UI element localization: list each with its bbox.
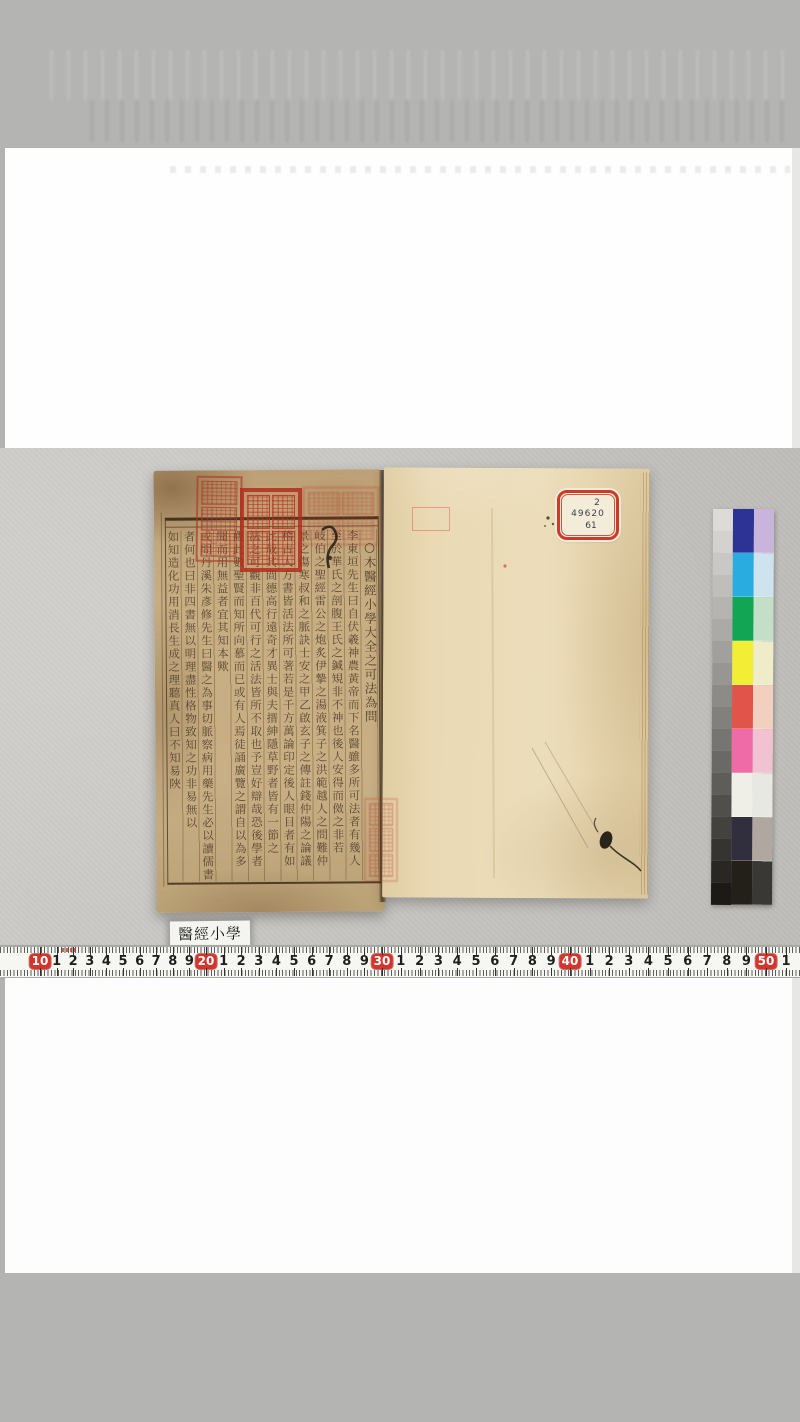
ruler-cm-tick (189, 947, 190, 955)
ruler-cm-tick (532, 968, 533, 976)
color-patch (733, 509, 754, 553)
text-column: 景之傷寒叔和之脈訣士安之甲乙啟玄子之傳註錢仲陽之論議 (295, 530, 314, 881)
text-column: 法之可觀非百代可行之活法皆所不取也予豈好辯哉恐後學者 (247, 530, 266, 881)
call-number-line2: 49620 (562, 509, 614, 520)
color-patch (712, 641, 732, 663)
screenshot-root: ○木醫經小學大全之可法為問李東垣先生曰自伏羲神農黃帝而下名醫雖多所可法者有幾人至… (0, 0, 800, 1422)
ruler-cm-tick (140, 947, 141, 955)
ruler-number-major: 30 (372, 954, 393, 969)
ruler-cm-tick (259, 947, 260, 955)
color-patch (713, 531, 733, 553)
ruler-cm-tick (648, 947, 649, 955)
ruler-number-major: 50 (756, 954, 777, 969)
ruler-cm-tick (495, 947, 496, 955)
text-column: 或問丹溪朱彥修先生曰醫之為事切脈察病用藥先生必以讀儒書 (198, 530, 217, 881)
color-patch (732, 685, 753, 729)
ruler-cm-tick (590, 968, 591, 976)
ruler-cm-tick (156, 947, 157, 955)
measuring-tape: 1012345678920123456789301234567894012345… (0, 945, 800, 977)
color-patch (711, 883, 731, 905)
ruler-cm-tick (259, 968, 260, 976)
ruler-cm-tick (276, 947, 277, 955)
showthrough-text-ghost (50, 50, 790, 100)
color-patches (731, 509, 754, 905)
text-column: 此哉其間德高行遠奇才異士與夫搢紳隱草野者皆有一節之 (263, 530, 282, 881)
color-patch (731, 773, 752, 817)
color-patch (752, 817, 772, 861)
preface-text-columns: ○木醫經小學大全之可法為問李東垣先生曰自伏羲神農黃帝而下名醫雖多所可法者有幾人至… (167, 529, 379, 881)
ruler-cm-tick (746, 968, 747, 976)
ruler-cm-tick (382, 968, 383, 976)
ruler-cm-tick (40, 968, 41, 976)
ruler-cm-tick (312, 968, 313, 976)
grayscale-ramp (711, 509, 733, 905)
red-collection-seal-4 (364, 798, 398, 882)
color-patch (712, 597, 732, 619)
call-number-label: 2 49620 61 (557, 490, 619, 540)
color-patch (732, 597, 753, 641)
text-column: 稽古人方書皆活法所可著若是千方萬論印定後人眼目者有如 (279, 530, 298, 881)
color-patch (711, 795, 731, 817)
color-patch (712, 707, 732, 729)
ruler-cm-tick (73, 968, 74, 976)
ruler-cm-tick (609, 968, 610, 976)
color-patch (711, 839, 731, 861)
ruler-cm-tick (570, 947, 571, 955)
call-number-line3: 61 (562, 521, 614, 532)
ruler-cm-tick (276, 968, 277, 976)
viewer-background-top (0, 0, 800, 148)
ruler-number-major: 10 (30, 954, 51, 969)
ruler-cm-tick (766, 968, 767, 976)
ruler-cm-tick (57, 947, 58, 955)
color-patch (711, 861, 731, 883)
page-stack-edges (639, 473, 650, 895)
page-margin-line (161, 513, 165, 887)
ruler-cm-tick (438, 947, 439, 955)
ruler-cm-tick (688, 947, 689, 955)
viewer-background-bottom (0, 1273, 800, 1422)
ruler-cm-tick (551, 947, 552, 955)
ruler-cm-tick (347, 947, 348, 955)
color-patch (731, 817, 752, 861)
ruler-cm-tick (294, 947, 295, 955)
ruler-cm-tick (364, 947, 365, 955)
text-column: 者何也曰非四書無以明理盡性格物致知之功非易無以 (181, 530, 200, 881)
ruler-cm-tick (173, 968, 174, 976)
color-patch (712, 751, 732, 773)
color-patch (713, 553, 733, 575)
showthrough-text-ghost (90, 100, 790, 142)
text-column: 李東垣先生曰自伏羲神農黃帝而下名醫雖多所可法者有幾人 (344, 529, 363, 880)
ruler-cm-tick (329, 968, 330, 976)
text-column: 觀此數聖賢而知所向慕而已或有人焉徒誦廣覽之謂自以為多 (230, 530, 249, 881)
album-page-top (5, 148, 792, 448)
tint-patches (752, 509, 774, 905)
ruler-cm-tick (457, 947, 458, 955)
color-patch (753, 641, 773, 685)
ruler-cm-tick (73, 947, 74, 955)
ruler-cm-tick (329, 947, 330, 955)
color-patch (753, 597, 773, 641)
ruler-cm-tick (156, 968, 157, 976)
color-patch (733, 553, 754, 597)
ruler-cm-tick (140, 968, 141, 976)
ruler-cm-tick (532, 947, 533, 955)
ruler-cm-tick (123, 968, 124, 976)
text-column: 聞而用無益者宜其知本歟 (214, 530, 233, 881)
ruler-cm-tick (241, 947, 242, 955)
ruler-cm-tick (224, 947, 225, 955)
ruler-cm-tick (609, 947, 610, 955)
title-slip: 醫經小學 (170, 920, 250, 946)
ruler-cm-tick (347, 968, 348, 976)
ruler-cm-tick (668, 968, 669, 976)
color-patch (711, 817, 731, 839)
ruler-cm-tick (173, 947, 174, 955)
ruler-cm-tick (688, 968, 689, 976)
text-column: 至於華氏之剖腹王氏之鍼䂓非不神也後人安得而傚之非若 (328, 529, 347, 880)
album-page-edge (792, 978, 800, 1273)
ruler-cm-tick (90, 947, 91, 955)
color-patch (712, 619, 732, 641)
ruler-cm-tick (57, 968, 58, 976)
ruler-cm-tick (224, 968, 225, 976)
color-patch (712, 685, 732, 707)
call-number-line1: 2 (562, 498, 614, 509)
ruler-cm-tick (420, 947, 421, 955)
ruler-cm-tick (294, 968, 295, 976)
album-page-bottom (5, 978, 792, 1273)
ruler-cm-tick (476, 947, 477, 955)
ruler-cm-tick (420, 968, 421, 976)
photograph: ○木醫經小學大全之可法為問李東垣先生曰自伏羲神農黃帝而下名醫雖多所可法者有幾人至… (0, 448, 800, 978)
color-patch (732, 729, 753, 773)
color-patch (712, 773, 732, 795)
ruler-cm-tick (123, 947, 124, 955)
album-page-edge (792, 148, 800, 448)
red-collection-seal-1 (195, 476, 242, 563)
ruler-cm-tick (495, 968, 496, 976)
ruler-cm-tick (364, 968, 365, 976)
ruler-cm-tick (206, 968, 207, 976)
ruler-cm-tick (438, 968, 439, 976)
color-patch (712, 663, 732, 685)
ruler-cm-tick (746, 947, 747, 955)
ruler-cm-tick (106, 947, 107, 955)
red-collection-seal-3 (302, 486, 380, 546)
color-patch (712, 729, 732, 751)
ruler-cm-tick (668, 947, 669, 955)
ruler-cm-tick (514, 947, 515, 955)
color-patch (754, 553, 774, 597)
ruler-cm-tick (786, 947, 787, 955)
ruler-cm-tick (457, 968, 458, 976)
ruler-brand-mark (62, 948, 78, 952)
ruler-cm-tick (401, 968, 402, 976)
color-patch (731, 861, 752, 905)
ruler-cm-tick (241, 968, 242, 976)
red-stamp-outline (412, 507, 450, 531)
ruler-cm-tick (90, 968, 91, 976)
ruler-cm-tick (382, 947, 383, 955)
ruler-cm-tick (476, 968, 477, 976)
ruler-cm-tick (648, 968, 649, 976)
text-column: 如知造化功用消長生成之理聽真人曰不知易陜 (165, 531, 184, 882)
ruler-cm-tick (551, 968, 552, 976)
color-patch (754, 509, 774, 553)
color-patch (753, 685, 773, 729)
red-collection-seal-2 (240, 488, 302, 572)
ruler-cm-tick (629, 947, 630, 955)
color-calibration-bar (711, 509, 774, 905)
ruler-number-major: 20 (196, 954, 217, 969)
ruler-cm-tick (629, 968, 630, 976)
ruler-cm-tick (766, 947, 767, 955)
color-patch (752, 861, 772, 905)
ruler-cm-tick (312, 947, 313, 955)
ruler-cm-tick (401, 947, 402, 955)
ruler-cm-tick (514, 968, 515, 976)
color-patch (732, 641, 753, 685)
ruler-cm-tick (707, 947, 708, 955)
ruler-cm-tick (727, 947, 728, 955)
color-patch (753, 729, 773, 773)
text-column: 岐伯之聖經雷公之炮炙伊摯之湯液箕子之洪範越人之問難仲 (312, 530, 331, 881)
ruler-number-major: 40 (560, 954, 581, 969)
ruler-cm-tick (727, 968, 728, 976)
showthrough-ruler-ghost (170, 166, 790, 173)
ruler-cm-tick (206, 947, 207, 955)
ruler-cm-tick (590, 947, 591, 955)
color-patch (752, 773, 772, 817)
color-patch (713, 575, 733, 597)
ruler-cm-tick (786, 968, 787, 976)
ruler-cm-tick (189, 968, 190, 976)
ruler-cm-tick (570, 968, 571, 976)
ruler-cm-tick (707, 968, 708, 976)
ruler-cm-tick (40, 947, 41, 955)
color-patch (713, 509, 733, 531)
ruler-cm-tick (106, 968, 107, 976)
